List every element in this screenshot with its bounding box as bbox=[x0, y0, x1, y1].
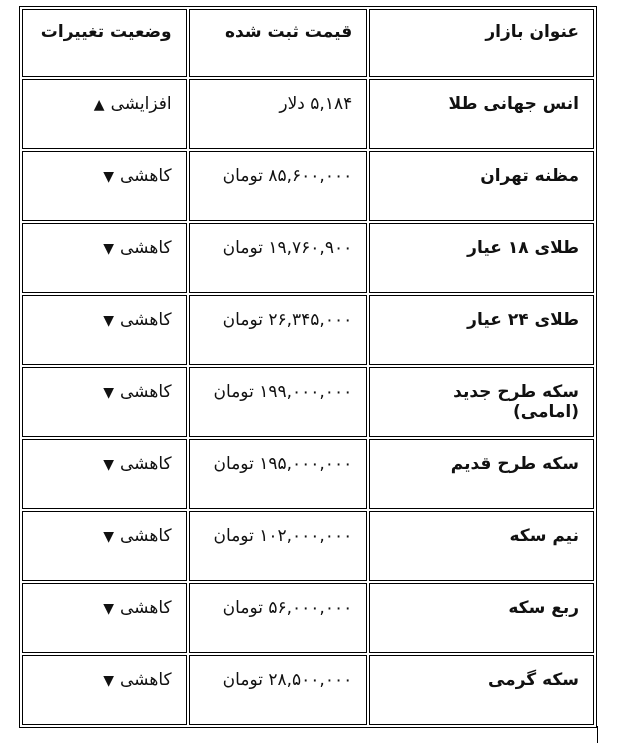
table-row: سکه گرمی ۲۸,۵۰۰,۰۰۰ تومان کاهشی▼ bbox=[22, 655, 594, 725]
change-status: کاهشی▼ bbox=[22, 223, 187, 293]
market-title: طلای ۲۴ عیار bbox=[369, 295, 594, 365]
arrow-down-icon: ▼ bbox=[103, 169, 114, 185]
gold-price-table: عنوان بازار قیمت ثبت شده وضعیت تغییرات ا… bbox=[19, 6, 597, 728]
arrow-down-icon: ▼ bbox=[103, 601, 114, 617]
market-title: ربع سکه bbox=[369, 583, 594, 653]
table-row: نیم سکه ۱۰۲,۰۰۰,۰۰۰ تومان کاهشی▼ bbox=[22, 511, 594, 581]
change-status: کاهشی▼ bbox=[22, 511, 187, 581]
table-row: طلای ۲۴ عیار ۲۶,۳۴۵,۰۰۰ تومان کاهشی▼ bbox=[22, 295, 594, 365]
arrow-down-icon: ▼ bbox=[103, 673, 114, 689]
arrow-down-icon: ▼ bbox=[103, 241, 114, 257]
recorded-price: ۵۶,۰۰۰,۰۰۰ تومان bbox=[189, 583, 368, 653]
status-label: کاهشی bbox=[120, 526, 172, 546]
change-status: افزایشی▲ bbox=[22, 79, 187, 149]
status-label: کاهشی bbox=[120, 238, 172, 258]
change-status: کاهشی▼ bbox=[22, 655, 187, 725]
market-title: مظنه تهران bbox=[369, 151, 594, 221]
market-title: سکه گرمی bbox=[369, 655, 594, 725]
market-title: طلای ۱۸ عیار bbox=[369, 223, 594, 293]
arrow-down-icon: ▼ bbox=[103, 529, 114, 545]
change-status: کاهشی▼ bbox=[22, 295, 187, 365]
table-row: سکه طرح جدید (امامی) ۱۹۹,۰۰۰,۰۰۰ تومان ک… bbox=[22, 367, 594, 437]
status-label: کاهشی bbox=[120, 166, 172, 186]
recorded-price: ۱۰۲,۰۰۰,۰۰۰ تومان bbox=[189, 511, 368, 581]
recorded-price: ۱۹,۷۶۰,۹۰۰ تومان bbox=[189, 223, 368, 293]
change-status: کاهشی▼ bbox=[22, 583, 187, 653]
table-row: سکه طرح قدیم ۱۹۵,۰۰۰,۰۰۰ تومان کاهشی▼ bbox=[22, 439, 594, 509]
status-label: کاهشی bbox=[120, 382, 172, 402]
header-recorded-price: قیمت ثبت شده bbox=[189, 9, 368, 77]
market-title: انس جهانی طلا bbox=[369, 79, 594, 149]
change-status: کاهشی▼ bbox=[22, 367, 187, 437]
arrow-up-icon: ▲ bbox=[94, 97, 105, 113]
change-status: کاهشی▼ bbox=[22, 151, 187, 221]
change-status: کاهشی▼ bbox=[22, 439, 187, 509]
header-market-title: عنوان بازار bbox=[369, 9, 594, 77]
market-title: سکه طرح جدید (امامی) bbox=[369, 367, 594, 437]
table-row: ربع سکه ۵۶,۰۰۰,۰۰۰ تومان کاهشی▼ bbox=[22, 583, 594, 653]
recorded-price: ۱۹۹,۰۰۰,۰۰۰ تومان bbox=[189, 367, 368, 437]
recorded-price: ۸۵,۶۰۰,۰۰۰ تومان bbox=[189, 151, 368, 221]
recorded-price: ۵,۱۸۴ دلار bbox=[189, 79, 368, 149]
table-row: انس جهانی طلا ۵,۱۸۴ دلار افزایشی▲ bbox=[22, 79, 594, 149]
status-label: کاهشی bbox=[120, 454, 172, 474]
table-row: طلای ۱۸ عیار ۱۹,۷۶۰,۹۰۰ تومان کاهشی▼ bbox=[22, 223, 594, 293]
table-row: مظنه تهران ۸۵,۶۰۰,۰۰۰ تومان کاهشی▼ bbox=[22, 151, 594, 221]
recorded-price: ۲۶,۳۴۵,۰۰۰ تومان bbox=[189, 295, 368, 365]
table-header-row: عنوان بازار قیمت ثبت شده وضعیت تغییرات bbox=[22, 9, 594, 77]
market-title: نیم سکه bbox=[369, 511, 594, 581]
arrow-down-icon: ▼ bbox=[103, 313, 114, 329]
market-title: سکه طرح قدیم bbox=[369, 439, 594, 509]
status-label: افزایشی bbox=[111, 94, 172, 114]
status-label: کاهشی bbox=[120, 598, 172, 618]
arrow-down-icon: ▼ bbox=[103, 385, 114, 401]
recorded-price: ۲۸,۵۰۰,۰۰۰ تومان bbox=[189, 655, 368, 725]
arrow-down-icon: ▼ bbox=[103, 457, 114, 473]
status-label: کاهشی bbox=[120, 670, 172, 690]
header-change-status: وضعیت تغییرات bbox=[22, 9, 187, 77]
recorded-price: ۱۹۵,۰۰۰,۰۰۰ تومان bbox=[189, 439, 368, 509]
text-cursor bbox=[597, 726, 598, 743]
status-label: کاهشی bbox=[120, 310, 172, 330]
